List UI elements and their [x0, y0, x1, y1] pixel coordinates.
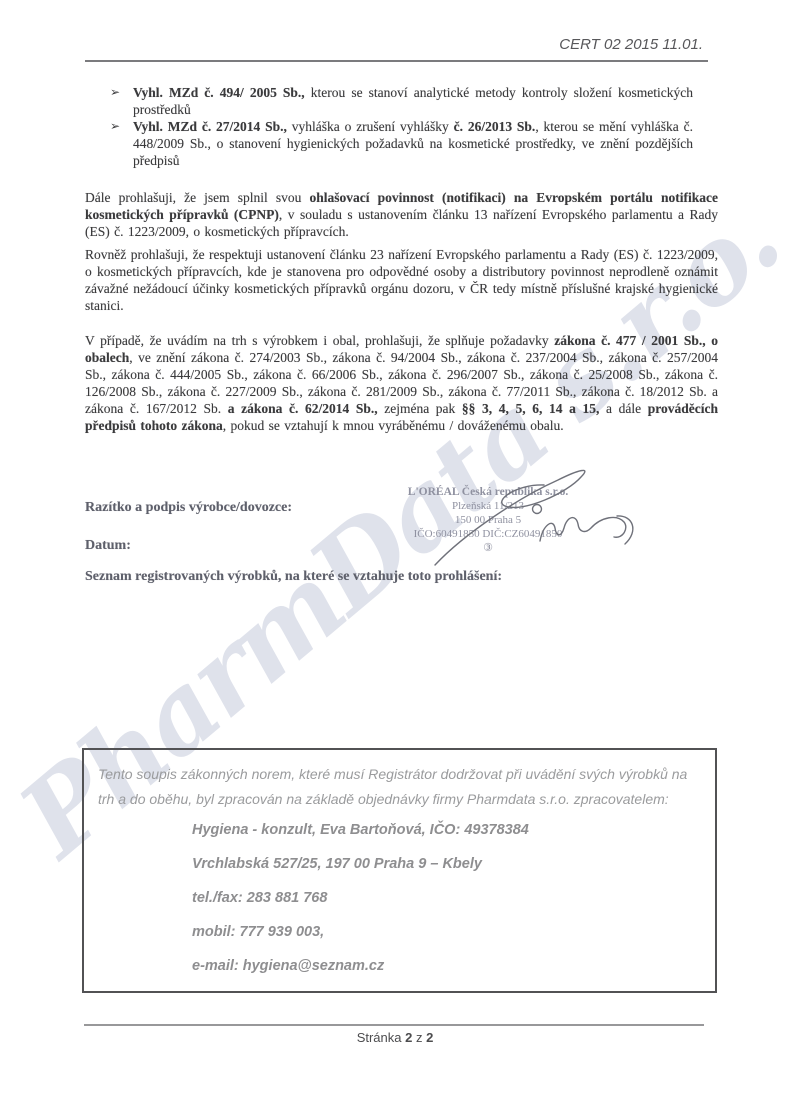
processor-contact-list: Hygiena - konzult, Eva Bartoňová, IČO: 4…: [192, 821, 701, 975]
bullet-arrow-icon: ➢: [110, 85, 120, 99]
handwritten-signature: [420, 455, 650, 575]
paragraph-packaging-law: V případě, že uvádím na trh s výrobkem i…: [85, 332, 718, 434]
list-item: ➢ Vyhl. MZd č. 494/ 2005 Sb., kterou se …: [110, 84, 693, 118]
signature-sweep-stroke: [435, 470, 585, 565]
info-box-intro: Tento soupis zákonných norem, které musí…: [98, 762, 701, 812]
processor-telfax: tel./fax: 283 881 768: [192, 889, 701, 907]
legal-bullet-list: ➢ Vyhl. MZd č. 494/ 2005 Sb., kterou se …: [110, 84, 693, 169]
bullet-arrow-icon: ➢: [110, 119, 120, 133]
scanned-document-page: PharmData s.r.o. CERT 02 2015 11.01. ➢ V…: [0, 0, 800, 1100]
processor-info-box: Tento soupis zákonných norem, které musí…: [82, 748, 717, 993]
signature-small-loop: [533, 505, 542, 514]
date-label: Datum:: [85, 538, 131, 554]
stamp-signature-label: Razítko a podpis výrobce/dovozce:: [85, 500, 292, 516]
list-item: ➢ Vyhl. MZd č. 27/2014 Sb., vyhláška o z…: [110, 118, 693, 169]
processor-email: e-mail: hygiena@seznam.cz: [192, 957, 701, 975]
paragraph-article-23: Rovněž prohlašuji, že respektuji ustanov…: [85, 246, 718, 314]
processor-address: Vrchlabská 527/25, 197 00 Praha 9 – Kbel…: [192, 855, 701, 873]
processor-mobile: mobil: 777 939 003,: [192, 923, 701, 941]
signature-scrawl-stroke: [540, 517, 626, 541]
bullet-text-decree-494: Vyhl. MZd č. 494/ 2005 Sb., kterou se st…: [133, 84, 693, 118]
paragraph-cpnp-notification: Dále prohlašuji, že jsem splnil svou ohl…: [85, 189, 718, 240]
processor-name: Hygiena - konzult, Eva Bartoňová, IČO: 4…: [192, 821, 701, 839]
bullet-text-decree-27: Vyhl. MZd č. 27/2014 Sb., vyhláška o zru…: [133, 118, 693, 169]
document-reference: CERT 02 2015 11.01.: [559, 36, 703, 53]
page-number: Stránka 2 z 2: [0, 1030, 790, 1045]
header-divider-line: [85, 60, 708, 62]
footer-divider-line: [84, 1024, 704, 1026]
